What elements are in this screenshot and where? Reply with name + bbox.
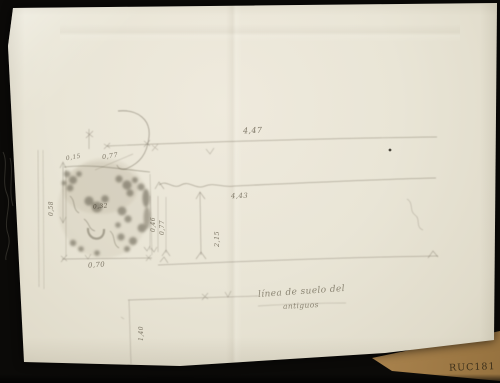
bottom-vignette: [0, 374, 500, 383]
scanned-drawing-scene: 4,47 4,43 0,15 0,77 0,58 0,32 0,70 0,46 …: [0, 0, 500, 383]
paper-wrap: [0, 0, 500, 383]
right-label-outer-vertical: 0,77: [160, 220, 166, 235]
dimension-label-mid: 4,43: [231, 193, 248, 201]
catalog-label: RUC181: [449, 362, 496, 373]
capital-label-bottom: 0,70: [88, 261, 106, 269]
paper-edge-shading: [0, 0, 500, 383]
ground-note-line2: antiguos: [283, 301, 319, 310]
paper-crease-top: [60, 24, 460, 42]
right-label-inner-vertical: 0,46: [151, 217, 157, 232]
capital-label-left-vertical: 0,58: [49, 201, 55, 216]
paper-corner-highlight: [0, 0, 150, 110]
dimension-label-top: 4,47: [243, 127, 263, 136]
bottom-left-label-vertical: 1,40: [139, 326, 145, 341]
mid-label-vertical: 2,15: [214, 231, 221, 247]
paper-sheet: [0, 0, 500, 383]
